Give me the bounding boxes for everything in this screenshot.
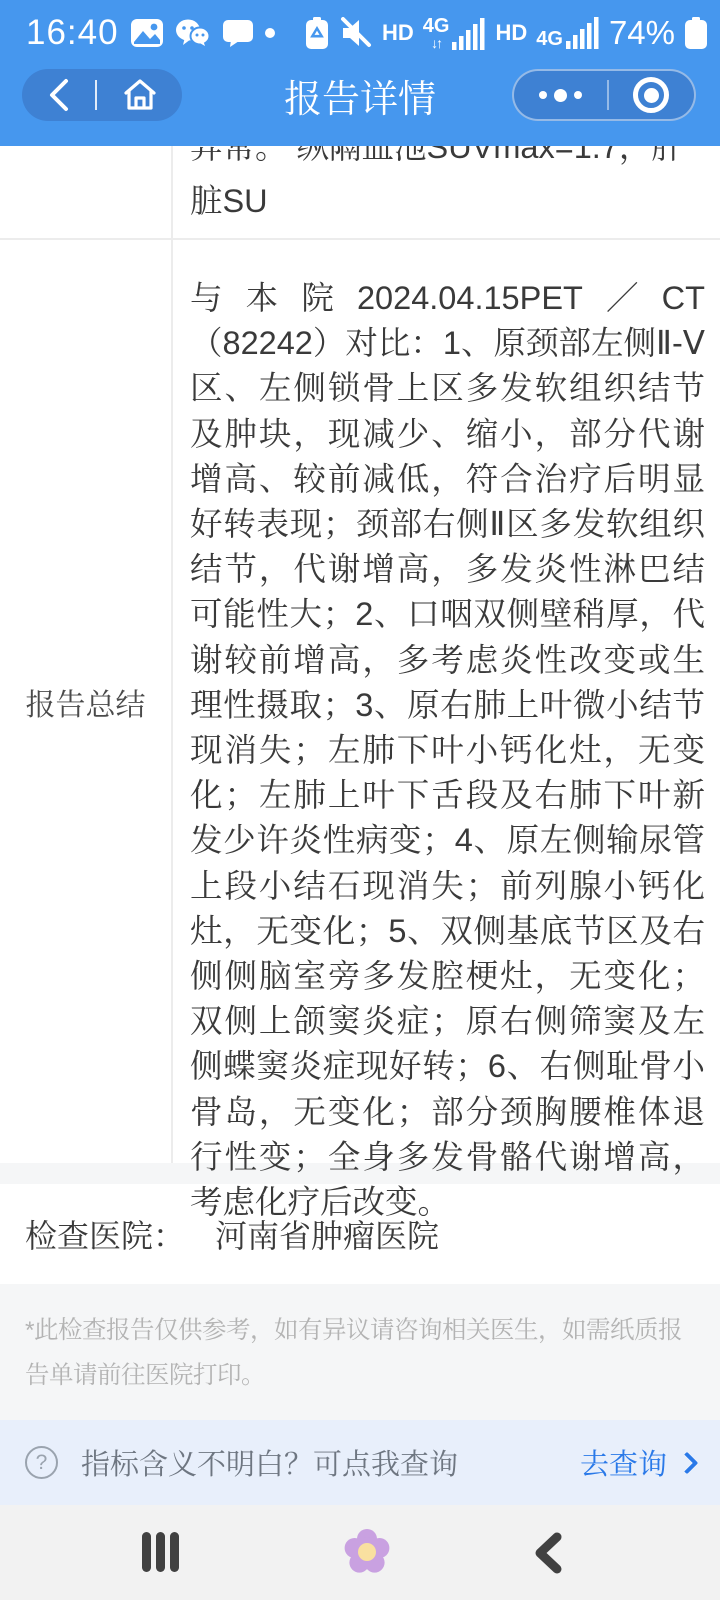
- hd-voice-badge: HD: [382, 20, 414, 46]
- app-header: 16:40: [0, 0, 720, 146]
- summary-label: 报告总结: [0, 240, 173, 1163]
- battery-icon: [684, 17, 708, 49]
- go-query-link[interactable]: 去查询: [580, 1442, 695, 1483]
- query-prompt-text: 指标含义不明白？可点我查询: [81, 1442, 458, 1483]
- table-row-summary: 报告总结 与本院2024.04.15PET／CT（82242）对比：1、原颈部左…: [0, 240, 720, 1163]
- hd-voice-badge: HD: [495, 20, 527, 46]
- data-arrows-icon: ↓↑: [431, 36, 441, 50]
- gallery-icon: [130, 18, 164, 48]
- disclaimer-text: *此检查报告仅供参考，如有异议请咨询相关医生，如需纸质报告单请前往医院打印。: [0, 1284, 720, 1420]
- status-bar-left: 16:40: [26, 13, 286, 53]
- row-content-cell: 异常。 纵隔血池SUVmax=1.7，肝脏SU Vmax=3.6。: [173, 146, 720, 238]
- report-detail-screen: 16:40: [0, 0, 720, 1600]
- back-icon[interactable]: [533, 1532, 563, 1574]
- network-signal-2: 4G: [536, 17, 600, 49]
- more-dots-icon[interactable]: [539, 89, 582, 102]
- go-query-label: 去查询: [580, 1442, 667, 1483]
- report-table: 异常。 纵隔血池SUVmax=1.7，肝脏SU Vmax=3.6。 报告总结 与…: [0, 146, 720, 1163]
- capsule-target-icon[interactable]: [633, 77, 669, 113]
- row-content-cell: 与本院2024.04.15PET／CT（82242）对比：1、原颈部左侧Ⅱ-Ⅴ区…: [173, 240, 720, 1163]
- chevron-right-icon: [676, 1451, 699, 1474]
- miniprogram-capsule: [512, 69, 696, 121]
- mute-icon: [339, 17, 373, 49]
- android-nav-bar: [0, 1505, 720, 1600]
- clock: 16:40: [26, 13, 119, 53]
- status-bar: 16:40: [0, 0, 720, 58]
- recents-icon[interactable]: [142, 1532, 184, 1572]
- table-row-previous-clipped: 异常。 纵隔血池SUVmax=1.7，肝脏SU Vmax=3.6。: [0, 146, 720, 240]
- home-icon[interactable]: [122, 77, 158, 113]
- back-chevron-icon[interactable]: [47, 77, 71, 113]
- wechat-icon: [175, 18, 211, 48]
- summary-text: 与本院2024.04.15PET／CT（82242）对比：1、原颈部左侧Ⅱ-Ⅴ区…: [173, 240, 720, 1225]
- hospital-label: 检查医院：: [25, 1211, 185, 1257]
- flower-home-icon[interactable]: [341, 1526, 393, 1578]
- question-circle-icon: ?: [25, 1446, 58, 1479]
- nav-bar: 报告详情: [0, 58, 720, 146]
- hospital-name: 河南省肿瘤医院: [215, 1211, 439, 1257]
- clipped-report-text: 异常。 纵隔血池SUVmax=1.7，肝脏SU Vmax=3.6。: [173, 146, 720, 238]
- battery-saver-icon: [304, 17, 330, 49]
- message-icon: [222, 18, 254, 48]
- battery-percent: 74%: [609, 14, 675, 52]
- capsule-divider: [607, 80, 609, 110]
- capsule-divider: [95, 80, 97, 110]
- signal-bars-icon: [566, 17, 600, 49]
- nav-back-home-capsule: [22, 69, 182, 121]
- network-signal-1: 4G ↓↑: [423, 16, 487, 50]
- query-banner[interactable]: ? 指标含义不明白？可点我查询 去查询: [0, 1420, 720, 1505]
- signal-bars-icon: [452, 18, 486, 50]
- status-bar-right: HD 4G ↓↑ HD: [295, 14, 708, 52]
- notification-dot: [265, 28, 275, 38]
- row-label-cell-empty: [0, 146, 173, 238]
